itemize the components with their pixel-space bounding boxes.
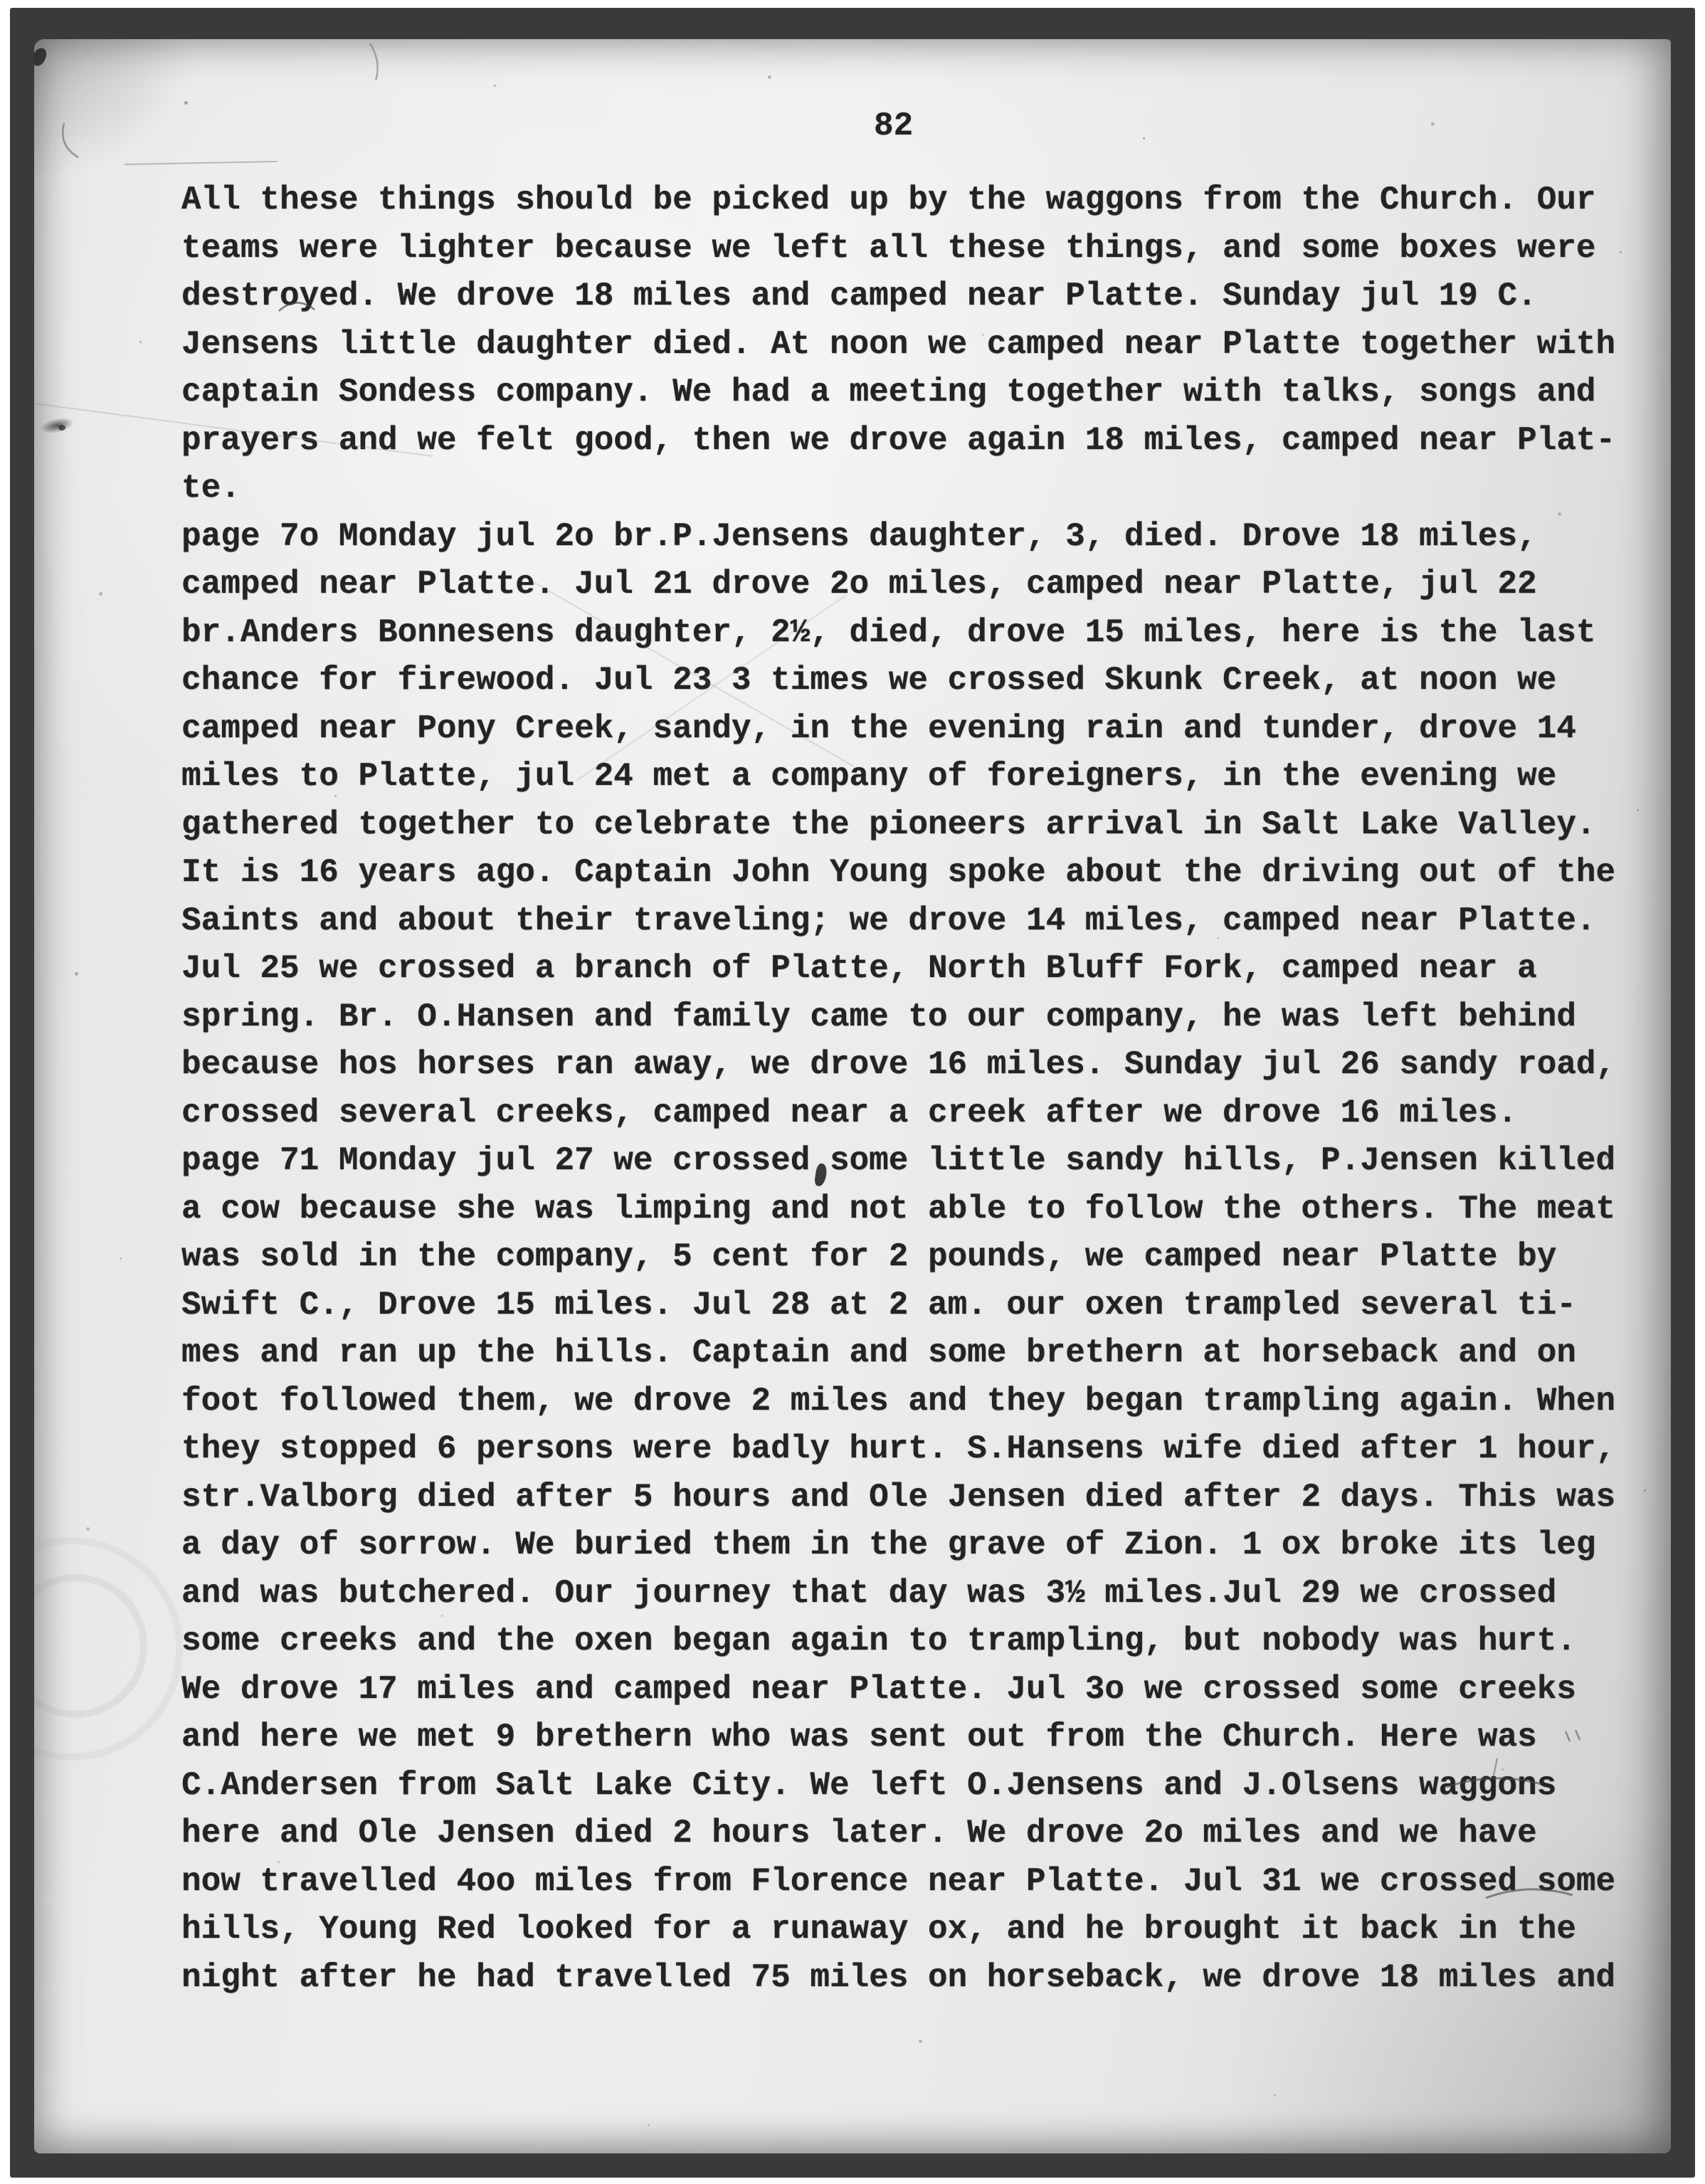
cross-scratch-icon <box>576 596 845 781</box>
pencil-caret-icon <box>279 302 315 311</box>
pencil-tick-icon <box>1493 1758 1497 1778</box>
scratch-top-icon <box>370 43 378 80</box>
scratch-curve-icon <box>63 123 78 157</box>
pencil-arc-icon <box>1486 1889 1573 1898</box>
scratch-marks <box>34 39 1671 2153</box>
document-page: 82 All these things should be picked up … <box>34 39 1671 2153</box>
stray-mark-icon <box>1566 1730 1580 1741</box>
scanned-document: 82 All these things should be picked up … <box>0 0 1705 2184</box>
watermark-circle-icon <box>34 1541 179 1757</box>
faint-line-icon <box>125 162 278 164</box>
cross-scratch-icon <box>532 581 854 766</box>
diagonal-scratch-icon <box>34 403 433 456</box>
pencil-underline-icon <box>1447 1778 1541 1787</box>
watermark-circle-icon <box>34 1578 144 1714</box>
